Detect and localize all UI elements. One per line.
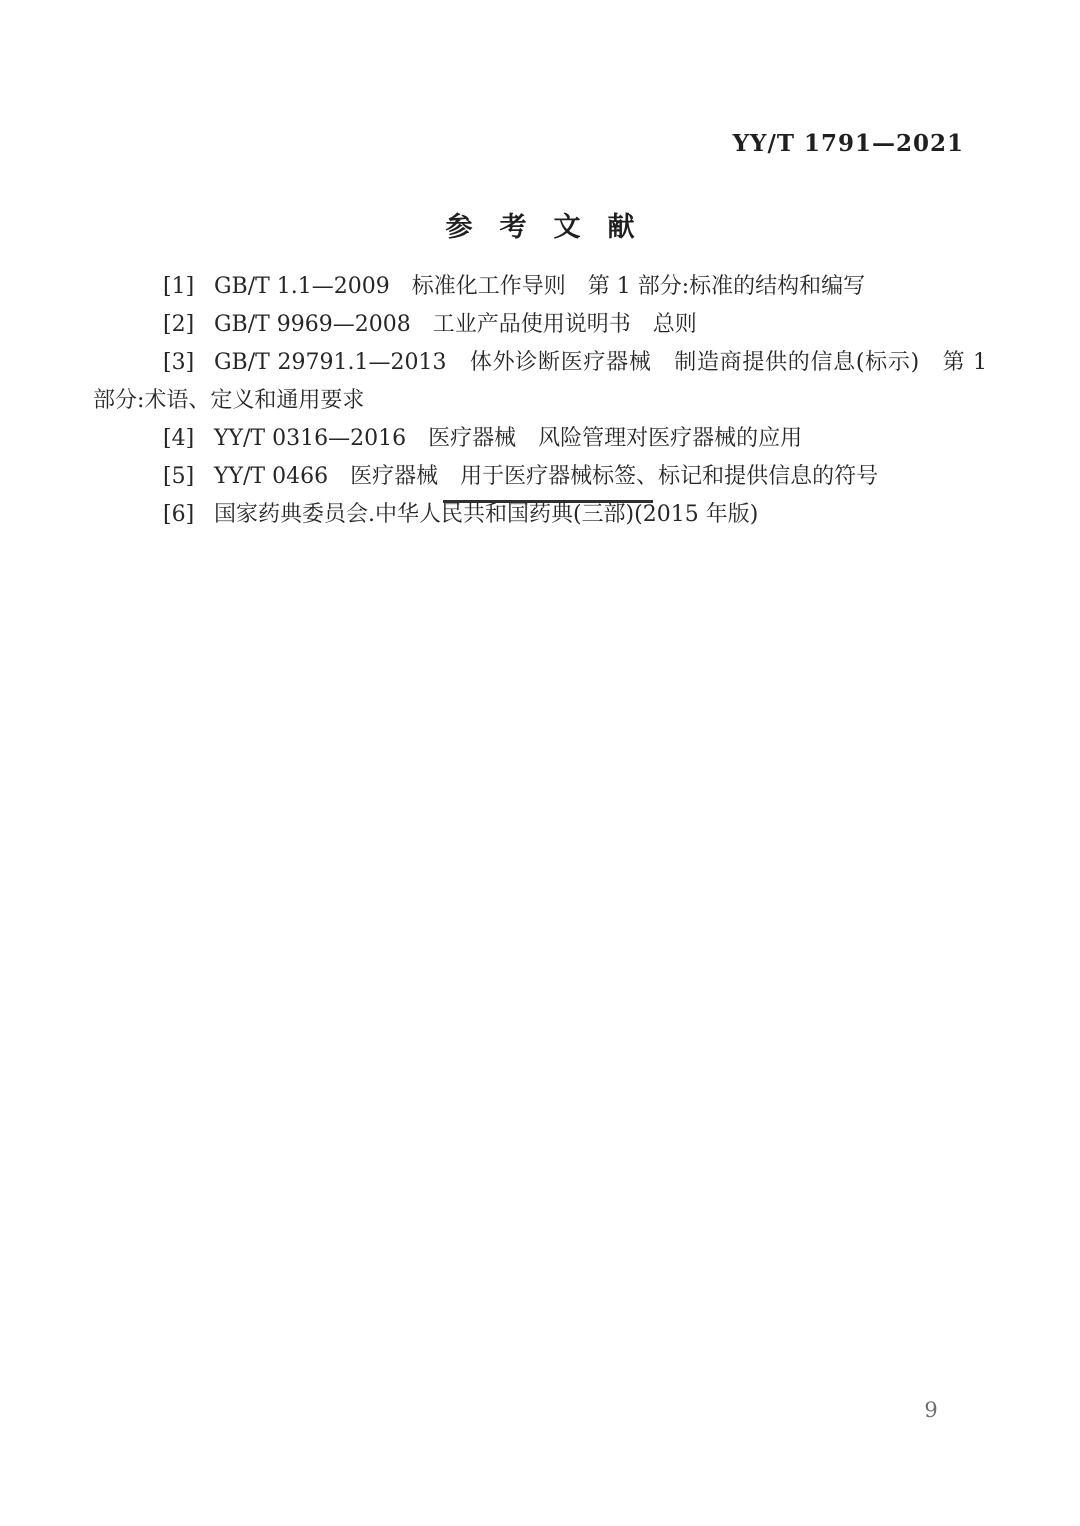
- document-page: YY/T 1791—2021 参 考 文 献 [1]GB/T 1.1—2009 …: [0, 0, 1080, 1526]
- reference-label: [3]: [163, 350, 194, 375]
- page-number: 9: [916, 1398, 946, 1422]
- reference-item: [1]GB/T 1.1—2009 标准化工作导则 第 1 部分:标准的结构和编写: [93, 268, 987, 306]
- reference-list: [1]GB/T 1.1—2009 标准化工作导则 第 1 部分:标准的结构和编写…: [93, 268, 987, 534]
- reference-label: [1]: [163, 274, 194, 299]
- reference-label: [2]: [163, 312, 194, 337]
- section-title: 参 考 文 献: [93, 205, 987, 244]
- reference-label: [4]: [163, 426, 194, 451]
- reference-text: GB/T 1.1—2009 标准化工作导则 第 1 部分:标准的结构和编写: [214, 274, 865, 299]
- reference-label: [6]: [163, 502, 194, 527]
- reference-text: YY/T 0466 医疗器械 用于医疗器械标签、标记和提供信息的符号: [214, 464, 878, 489]
- reference-label: [5]: [163, 464, 194, 489]
- references-section: 参 考 文 献 [1]GB/T 1.1—2009 标准化工作导则 第 1 部分:…: [93, 205, 987, 534]
- reference-item: [4]YY/T 0316—2016 医疗器械 风险管理对医疗器械的应用: [93, 420, 987, 458]
- reference-text: YY/T 0316—2016 医疗器械 风险管理对医疗器械的应用: [214, 426, 802, 451]
- reference-item: [2]GB/T 9969—2008 工业产品使用说明书 总则: [93, 306, 987, 344]
- reference-item: [3]GB/T 29791.1—2013 体外诊断医疗器械 制造商提供的信息(标…: [93, 344, 987, 420]
- reference-text: 国家药典委员会.中华人民共和国药典(三部)(2015 年版): [214, 502, 758, 527]
- reference-text: GB/T 9969—2008 工业产品使用说明书 总则: [214, 312, 697, 337]
- standard-number-header: YY/T 1791—2021: [733, 130, 964, 157]
- reference-item: [5]YY/T 0466 医疗器械 用于医疗器械标签、标记和提供信息的符号: [93, 458, 987, 496]
- reference-text: GB/T 29791.1—2013 体外诊断医疗器械 制造商提供的信息(标示) …: [93, 350, 987, 413]
- end-of-document-divider: [443, 500, 653, 503]
